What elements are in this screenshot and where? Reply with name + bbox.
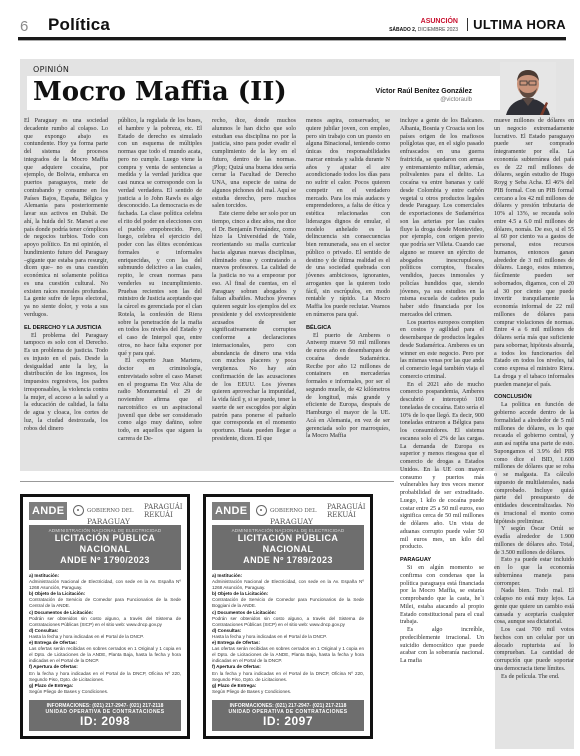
paragraph: mueve millones de dólares en un negocio … — [494, 118, 574, 389]
brand-divider — [467, 18, 468, 31]
header-rule-shadow — [18, 40, 566, 41]
ad-item-text: Podrán ser obtenidos sin costo alguno, a… — [29, 616, 181, 628]
rekuai-line-1: PARAGUÁI — [327, 503, 366, 511]
paragraph: Si en algún momento se confirma con cond… — [400, 565, 484, 627]
rekuai-line-2: REKUÁI — [144, 511, 173, 519]
ad-item-text: Administración Nacional de Electricidad,… — [29, 579, 181, 591]
rekuai-logo: PARAGUÁIREKUÁI — [144, 503, 183, 519]
paragraph: El problema del Paraguay tampoco es solo… — [24, 333, 108, 434]
ad-title-banner: ADMINISTRACIÓN NACIONAL DE ELECTRICIDAD … — [212, 525, 364, 570]
ad-item-text: Administración Nacional de Electricidad,… — [212, 579, 364, 591]
author-handle: @victoraulb — [376, 96, 472, 105]
paragraph: incluye a gente de los Balcanes. Albania… — [400, 118, 484, 320]
byline: Víctor Raúl Benítez González @victoraulb — [376, 87, 472, 105]
day: SÁBADO 2, — [389, 27, 416, 33]
ad-logos: ANDE GOBIERNO DELPARAGUAY PARAGUÁIREKUÁI — [212, 502, 364, 522]
article-column-6: mueve millones de dólares en un negocio … — [494, 118, 574, 748]
paragraph: recho, dice, donde muchos alumnos le han… — [212, 118, 296, 211]
ad-tender-number: ANDE Nº 1790/2023 — [31, 555, 179, 566]
gobierno-large: PARAGUAY — [270, 517, 313, 526]
paragraph: Es de película. The end. — [494, 674, 574, 682]
brand-logo: ULTIMA HORA — [467, 17, 566, 32]
paragraph: Y según Óscar Ortúi se evadía alrededor … — [494, 526, 574, 557]
gobierno-small: GOBIERNO DEL — [87, 508, 133, 514]
ad-tender-number: ANDE Nº 1789/2023 — [214, 555, 362, 566]
rekuai-line-2: REKUÁI — [327, 511, 356, 519]
ad-body: a) Institución:Administración Nacional d… — [29, 573, 181, 695]
ad-title: LICITACIÓN PÚBLICA NACIONAL — [31, 533, 179, 555]
article-column-1: El Paraguay es una sociedad decadente ru… — [24, 118, 108, 468]
rekuai-line-1: PARAGUÁI — [144, 503, 183, 511]
author-portrait-icon — [500, 62, 556, 115]
ad-item-text: Según Pliego de Bases y Condiciones. — [29, 689, 181, 695]
ad-item-text: Contratación de Servicio de Comedor para… — [29, 597, 181, 609]
brand-name: ULTIMA HORA — [473, 17, 566, 32]
date-text: DICIEMBRE 2023 — [418, 27, 458, 33]
ad-item-text: En la fecha y hora indicadas en el Porta… — [29, 671, 181, 683]
paragraph: El puerto de Amberes o Antwerp mueve 50 … — [306, 333, 390, 442]
paragraph: Es algo increíble, predeciblemente irrac… — [400, 627, 484, 666]
dateline: ASUNCIÓN SÁBADO 2, DICIEMBRE 2023 — [389, 18, 458, 34]
city: ASUNCIÓN — [389, 18, 458, 26]
paragraph: menos aspira, conservador, se quiere jub… — [306, 118, 390, 320]
gobierno-logo: GOBIERNO DELPARAGUAY — [270, 503, 316, 526]
ande-logo: ANDE — [212, 502, 250, 520]
author-photo — [500, 62, 556, 115]
ad-footer: INFORMACIONES: (021) 217-2947- (021) 217… — [212, 700, 364, 731]
ad-item-text: Las ofertas serán recibidas en sobres ce… — [212, 646, 364, 664]
ad-item-text: Podrán ser obtenidos sin costo alguno, a… — [212, 616, 364, 628]
ad-body: a) Institución:Administración Nacional d… — [212, 573, 364, 695]
paragraph: público, la regulada de los buses, el ha… — [118, 118, 202, 358]
government-seal-icon — [256, 505, 267, 516]
paragraph: La política en función de gobierno acced… — [494, 402, 574, 526]
paragraph: Los puertos europeos compiten en costos … — [400, 320, 484, 382]
paragraph: Esto ya puede estar incluido en lo que l… — [494, 557, 574, 588]
article-column-2: público, la regulada de los buses, el ha… — [118, 118, 202, 468]
paragraph: El experto Juan Martens, doctor en crimi… — [118, 358, 202, 443]
subheading: CONCLUSIÓN — [494, 394, 574, 401]
paragraph: El Paraguay es una sociedad decadente ru… — [24, 118, 108, 320]
ad-id: ID: 2098 — [31, 715, 179, 728]
subheading: PARAGUAY — [400, 557, 484, 564]
date: SÁBADO 2, DICIEMBRE 2023 — [389, 26, 458, 34]
kicker: OPINIÓN — [33, 65, 69, 74]
ad-title-banner: ADMINISTRACIÓN NACIONAL DE ELECTRICIDAD … — [29, 525, 181, 570]
ad-item-text: En la fecha y hora indicadas en el Porta… — [212, 671, 364, 683]
ad-title: LICITACIÓN PÚBLICA NACIONAL — [214, 533, 362, 555]
rekuai-logo: PARAGUÁIREKUÁI — [327, 503, 366, 519]
gobierno-small: GOBIERNO DEL — [270, 508, 316, 514]
ande-tender-ad-1789: ANDE GOBIERNO DELPARAGUAY PARAGUÁIREKUÁI… — [203, 494, 373, 739]
ande-tender-ad-1790: ANDE GOBIERNO DELPARAGUAY PARAGUÁIREKUÁI… — [20, 494, 190, 739]
article-column-3: recho, dice, donde muchos alumnos le han… — [212, 118, 296, 468]
ad-id: ID: 2097 — [214, 715, 362, 728]
article-column-4: menos aspira, conservador, se quiere jub… — [306, 118, 390, 468]
headline: Mocro Maffia (II) — [33, 77, 287, 107]
ad-item-text: Según Pliego de Bases y Condiciones. — [212, 689, 364, 695]
ad-footer: INFORMACIONES: (021) 217-2947- (021) 217… — [29, 700, 181, 731]
ad-item-text: Las ofertas serán recibidas en sobres ce… — [29, 646, 181, 664]
government-seal-icon — [73, 505, 84, 516]
gobierno-logo: GOBIERNO DELPARAGUAY — [87, 503, 133, 526]
subheading: EL DERECHO Y LA JUSTICIA — [24, 325, 108, 332]
ande-logo: ANDE — [29, 502, 67, 520]
paragraph: Los casi 700 mil votos hechos con un cel… — [494, 627, 574, 674]
page-number: 6 — [20, 18, 28, 35]
subheading: BÉLGICA — [306, 325, 390, 332]
ad-logos: ANDE GOBIERNO DELPARAGUAY PARAGUÁIREKUÁI — [29, 502, 181, 522]
gobierno-large: PARAGUAY — [87, 517, 130, 526]
paragraph: Este cierre debe ser solo por un tiempo,… — [212, 211, 296, 444]
paragraph: En el 2021 año de mucho comercio pospand… — [400, 382, 484, 553]
article-column-5: incluye a gente de los Balcanes. Albania… — [400, 118, 484, 748]
section-divider — [20, 481, 394, 482]
paragraph: Nada bien. Todo mal. El colapso no está … — [494, 588, 574, 627]
author-name: Víctor Raúl Benítez González — [376, 87, 472, 96]
section-title: Política — [48, 15, 110, 35]
ad-item-text: Contratación de Servicio de Comedor para… — [212, 597, 364, 609]
